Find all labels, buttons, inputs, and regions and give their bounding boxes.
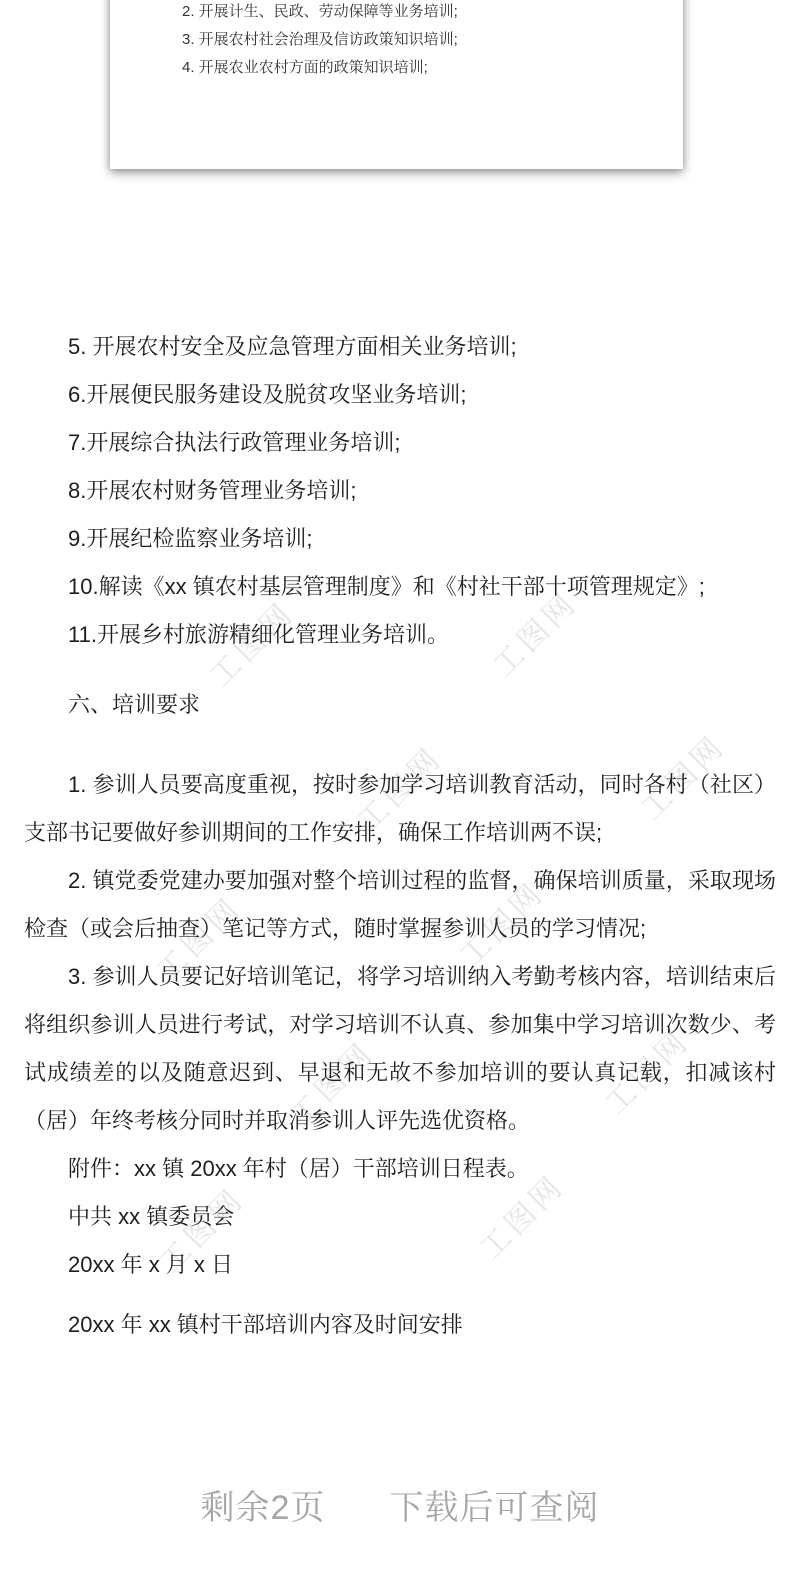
remaining-pages-notice: 剩余2页下载后可查阅: [0, 1484, 800, 1532]
remaining-pages-label: 剩余2页: [201, 1489, 326, 1527]
list-item: 6.开展便民服务建设及脱贫攻坚业务培训;: [24, 371, 776, 419]
list-item: 10.解读《xx 镇农村基层管理制度》和《村社干部十项管理规定》;: [24, 563, 776, 611]
attachment-line: 附件：xx 镇 20xx 年村（居）干部培训日程表。: [24, 1145, 776, 1193]
list-item: 8.开展农村财务管理业务培训;: [24, 467, 776, 515]
list-item: 9.开展纪检监察业务培训;: [24, 515, 776, 563]
download-hint-link[interactable]: 下载后可查阅: [389, 1489, 599, 1527]
paragraph: 3. 参训人员要记好培训笔记，将学习培训纳入考勤考核内容，培训结束后将组织参训人…: [24, 953, 776, 1145]
document-page-preview: 2. 开展计生、民政、劳动保障等业务培训; 3. 开展农村社会治理及信访政策知识…: [110, 0, 683, 169]
preview-page-text: 2. 开展计生、民政、劳动保障等业务培训; 3. 开展农村社会治理及信访政策知识…: [182, 0, 663, 82]
paragraph: 1. 参训人员要高度重视，按时参加学习培训教育活动，同时各村（社区）支部书记要做…: [24, 761, 776, 857]
date-line: 20xx 年 x 月 x 日: [24, 1241, 776, 1289]
preview-list-item: 4. 开展农业农村方面的政策知识培训;: [182, 54, 663, 82]
preview-list-item: 2. 开展计生、民政、劳动保障等业务培训;: [182, 0, 663, 26]
issuer-line: 中共 xx 镇委员会: [24, 1193, 776, 1241]
paragraph: 2. 镇党委党建办要加强对整个培训过程的监督，确保培训质量，采取现场检查（或会后…: [24, 857, 776, 953]
list-item: 11.开展乡村旅游精细化管理业务培训。: [24, 611, 776, 659]
list-item: 7.开展综合执法行政管理业务培训;: [24, 419, 776, 467]
list-item: 5. 开展农村安全及应急管理方面相关业务培训;: [24, 323, 776, 371]
document-body: 5. 开展农村安全及应急管理方面相关业务培训; 6.开展便民服务建设及脱贫攻坚业…: [24, 323, 776, 1349]
appendix-title: 20xx 年 xx 镇村干部培训内容及时间安排: [24, 1301, 776, 1349]
preview-list-item: 3. 开展农村社会治理及信访政策知识培训;: [182, 26, 663, 54]
document-preview-screen: 工图网 工图网 工图网 工图网 工图网 工图网 工图网 工图网 工图网 工图网 …: [0, 0, 800, 1596]
section-heading: 六、培训要求: [24, 681, 776, 729]
